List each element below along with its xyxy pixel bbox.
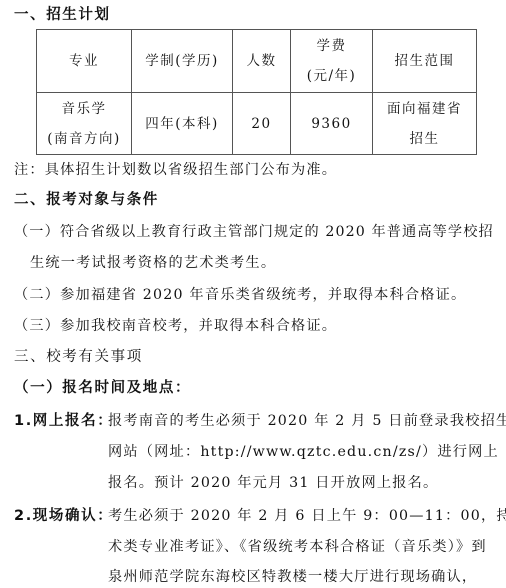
item-onsite-confirmation-line3: 泉州师范学院东海校区特教楼一楼大厅进行现场确认， <box>108 567 477 587</box>
cell-scope: 面向福建省 招生 <box>373 93 477 155</box>
plan-note: 注：具体招生计划数以省级招生部门公布为准。 <box>14 160 337 180</box>
header-duration: 学制(学历) <box>132 30 233 93</box>
enrollment-plan-table: 专业 学制(学历) 人数 学费 (元/年) 招生范围 音乐学 (南音方向) 四年… <box>36 29 477 155</box>
eligibility-item-1-line1: （一）符合省级以上教育行政主管部门规定的 2020 年普通高等学校招 <box>14 222 494 242</box>
eligibility-item-3: （三）参加我校南音校考，并取得本科合格证。 <box>14 316 337 336</box>
item-onsite-confirmation-label: 2.现场确认： <box>14 506 113 526</box>
header-fee-line2: (元/年) <box>291 61 372 91</box>
eligibility-item-2: （二）参加福建省 2020 年音乐类省级统考，并取得本科合格证。 <box>14 285 466 305</box>
cell-major-line2: (南音方向) <box>37 124 131 154</box>
item-online-registration-line1: 报考南音的考生必须于 2020 年 2 月 5 日前登录我校招生 <box>108 411 506 431</box>
cell-major: 音乐学 (南音方向) <box>37 93 132 155</box>
header-fee: 学费 (元/年) <box>291 30 373 93</box>
item-onsite-confirmation-line1: 考生必须于 2020 年 2 月 6 日上午 9：00—11：00，持《艺 <box>108 506 506 526</box>
subheading-registration-time-place: （一）报名时间及地点： <box>14 378 191 398</box>
item-online-registration-label: 1.网上报名： <box>14 411 113 431</box>
table-header-row: 专业 学制(学历) 人数 学费 (元/年) 招生范围 <box>37 30 477 93</box>
item-onsite-confirmation-line2: 术类专业准考证》、《省级统考本科合格证（音乐类）》到 <box>108 537 487 557</box>
cell-major-line1: 音乐学 <box>37 94 131 124</box>
item-online-registration-line3: 报名。预计 2020 年元月 31 日开放网上报名。 <box>108 473 438 493</box>
header-count: 人数 <box>233 30 291 93</box>
eligibility-item-1-line2: 生统一考试报考资格的艺术类考生。 <box>30 253 276 273</box>
cell-scope-line1: 面向福建省 <box>373 94 476 124</box>
cell-fee: 9360 <box>291 93 373 155</box>
item-online-registration-line2: 网站（网址：http://www.qztc.edu.cn/zs/）进行网上 <box>108 442 499 462</box>
header-fee-line1: 学费 <box>291 31 372 61</box>
cell-count: 20 <box>233 93 291 155</box>
cell-scope-line2: 招生 <box>373 124 476 154</box>
section-heading-exam-matters: 三、校考有关事项 <box>14 347 143 367</box>
header-scope: 招生范围 <box>373 30 477 93</box>
cell-duration: 四年(本科) <box>132 93 233 155</box>
table-row: 音乐学 (南音方向) 四年(本科) 20 9360 面向福建省 招生 <box>37 93 477 155</box>
section-heading-enrollment-plan: 一、招生计划 <box>14 5 111 25</box>
header-major: 专业 <box>37 30 132 93</box>
section-heading-eligibility: 二、报考对象与条件 <box>14 190 159 210</box>
